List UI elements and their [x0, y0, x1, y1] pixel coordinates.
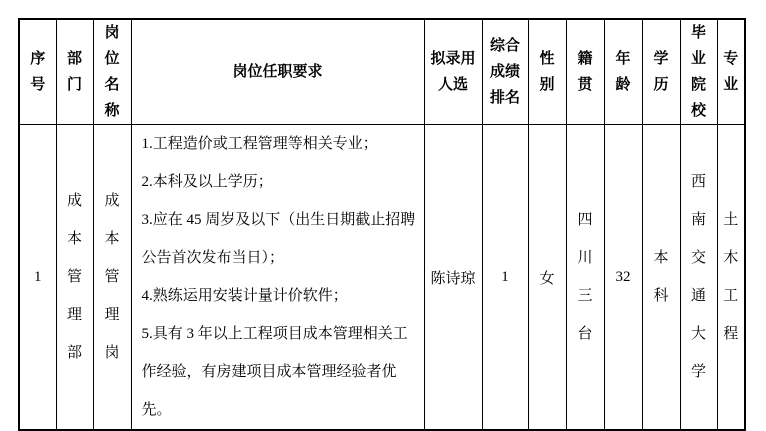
cell-age: 32	[604, 125, 642, 431]
age-value: 32	[616, 269, 631, 285]
cell-requirements: 1.工程造价或工程管理等相关专业； 2.本科及以上学历； 3.应在 45 周岁及…	[131, 125, 424, 431]
header-department: 部门	[56, 19, 93, 125]
header-seq: 序号	[19, 19, 56, 125]
page: 序号 部门 岗位名称 岗位任职要求 拟录用人选 综合成绩排名 性别 籍贯 年龄 …	[0, 0, 766, 406]
header-education-label: 学历	[653, 46, 668, 98]
header-age: 年龄	[604, 19, 642, 125]
header-native-place: 籍贯	[566, 19, 604, 125]
cell-education: 本科	[642, 125, 680, 431]
recruitment-table: 序号 部门 岗位名称 岗位任职要求 拟录用人选 综合成绩排名 性别 籍贯 年龄 …	[18, 18, 746, 431]
score-rank-value: 1	[501, 269, 509, 285]
header-native-place-label: 籍贯	[577, 46, 592, 98]
cell-position-name: 成本管理岗	[93, 125, 131, 431]
requirement-item-2: 2.本科及以上学历；	[142, 163, 416, 201]
cell-seq: 1	[19, 125, 56, 431]
education-value: 本科	[653, 239, 668, 315]
header-candidate-label: 拟录用人选	[430, 46, 475, 98]
requirement-item-4: 4.熟练运用安装计量计价软件；	[142, 277, 416, 315]
cell-score-rank: 1	[482, 125, 528, 431]
header-age-label: 年龄	[615, 46, 630, 98]
seq-value: 1	[34, 269, 42, 285]
header-university: 毕业院校	[680, 19, 717, 125]
cell-candidate: 陈诗琼	[424, 125, 482, 431]
gender-value: 女	[539, 271, 554, 287]
requirement-item-3: 3.应在 45 周岁及以下（出生日期截止招聘公告首次发布当日）；	[142, 201, 416, 277]
header-university-label: 毕业院校	[691, 20, 706, 124]
university-value: 西南交通大学	[691, 163, 706, 391]
header-major-label: 专业	[723, 46, 738, 98]
header-candidate: 拟录用人选	[424, 19, 482, 125]
candidate-value: 陈诗琼	[430, 271, 475, 287]
header-education: 学历	[642, 19, 680, 125]
major-value: 土木工程	[723, 201, 738, 353]
requirement-item-1: 1.工程造价或工程管理等相关专业；	[142, 125, 416, 163]
cell-department: 成本管理部	[56, 125, 93, 431]
table-row: 1 成本管理部 成本管理岗 1.工程造价或工程管理等相关专业； 2.本科及以上学…	[19, 125, 745, 431]
header-major: 专业	[717, 19, 745, 125]
header-department-label: 部门	[67, 46, 82, 98]
cell-gender: 女	[528, 125, 566, 431]
cell-university: 西南交通大学	[680, 125, 717, 431]
header-gender-label: 性别	[539, 46, 554, 98]
header-gender: 性别	[528, 19, 566, 125]
requirement-item-5: 5.具有 3 年以上工程项目成本管理相关工作经验，有房建项目成本管理经验者优先。	[142, 315, 416, 429]
header-position-name: 岗位名称	[93, 19, 131, 125]
cell-major: 土木工程	[717, 125, 745, 431]
header-requirements-label: 岗位任职要求	[232, 59, 322, 85]
native-place-value: 四川三台	[577, 201, 592, 353]
header-position-name-label: 岗位名称	[104, 20, 119, 124]
department-value: 成本管理部	[67, 182, 82, 372]
position-name-value: 成本管理岗	[104, 182, 119, 372]
header-seq-label: 序号	[30, 46, 45, 98]
header-score-rank: 综合成绩排名	[482, 19, 528, 125]
header-score-rank-label: 综合成绩排名	[490, 33, 520, 111]
header-requirements: 岗位任职要求	[131, 19, 424, 125]
table-header-row: 序号 部门 岗位名称 岗位任职要求 拟录用人选 综合成绩排名 性别 籍贯 年龄 …	[19, 19, 745, 125]
cell-native-place: 四川三台	[566, 125, 604, 431]
